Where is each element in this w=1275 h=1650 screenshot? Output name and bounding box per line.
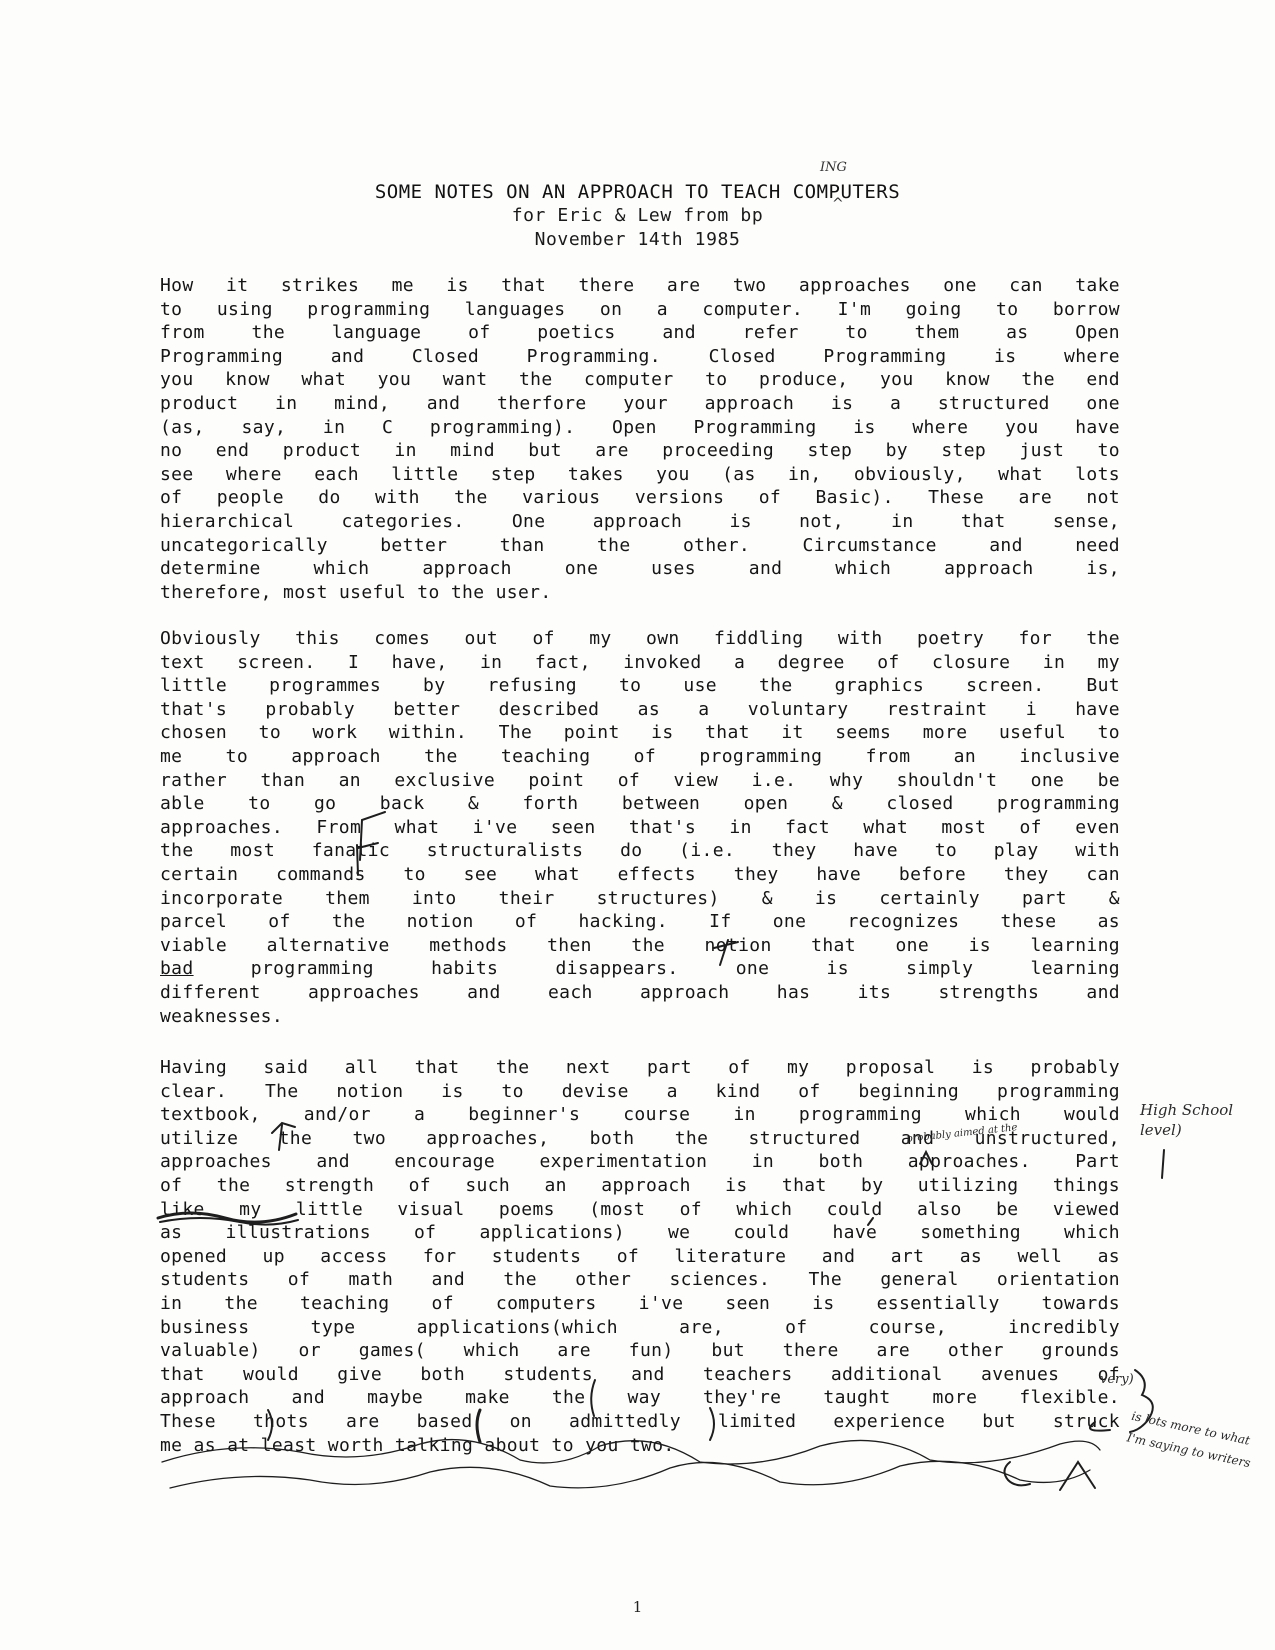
margin-note-high-school: High School level)	[1140, 1100, 1260, 1140]
margin-note-side: is lots more to what I'm saying to write…	[1125, 1405, 1261, 1475]
text-line: see where each little step takes you (as…	[160, 463, 1120, 487]
text-line: bad programming habits disappears. one i…	[160, 957, 1120, 981]
text-line: parcel of the notion of hacking. If one …	[160, 910, 1120, 934]
page-number: 1	[0, 1598, 1275, 1616]
text-line: These thots are based on admittedly limi…	[160, 1410, 1120, 1434]
text-line: the most fanatic structuralists do (i.e.…	[160, 839, 1120, 863]
document-subtitle: for Eric & Lew from bp	[0, 204, 1275, 228]
text-line: of people do with the various versions o…	[160, 486, 1120, 510]
text-line: clear. The notion is to devise a kind of…	[160, 1080, 1120, 1104]
paragraph-1: How it strikes me is that there are two …	[160, 274, 1120, 604]
text-line: determine which approach one uses and wh…	[160, 557, 1120, 581]
paragraph-2: Obviously this comes out of my own fiddl…	[160, 627, 1120, 1028]
text-line: Having said all that the next part of my…	[160, 1056, 1120, 1080]
text-line: no end product in mind but are proceedin…	[160, 439, 1120, 463]
text-line: as illustrations of applications) we cou…	[160, 1221, 1120, 1245]
text-line: students of math and the other sciences.…	[160, 1268, 1120, 1292]
text-line: that's probably better described as a vo…	[160, 698, 1120, 722]
text-line: to using programming languages on a comp…	[160, 298, 1120, 322]
document-page: ING ^ SOME NOTES ON AN APPROACH TO TEACH…	[0, 0, 1275, 1650]
text-line: approach and maybe make the way they're …	[160, 1386, 1120, 1410]
text-line: that would give both students and teache…	[160, 1363, 1120, 1387]
text-line: of the strength of such an approach is t…	[160, 1174, 1120, 1198]
handwritten-insertion: ING	[820, 160, 847, 175]
text-line: in the teaching of computers i've seen i…	[160, 1292, 1120, 1316]
text-line: approaches. From what i've seen that's i…	[160, 816, 1120, 840]
document-date: November 14th 1985	[0, 228, 1275, 252]
text-line: chosen to work within. The point is that…	[160, 721, 1120, 745]
text-line: hierarchical categories. One approach is…	[160, 510, 1120, 534]
text-line: uncategorically better than the other. C…	[160, 534, 1120, 558]
text-line: product in mind, and therfore your appro…	[160, 392, 1120, 416]
text-line: business type applications(which are, of…	[160, 1316, 1120, 1340]
text-line: able to go back & forth between open & c…	[160, 792, 1120, 816]
text-line: weaknesses.	[160, 1005, 1120, 1029]
text-line: like my little visual poems (most of whi…	[160, 1198, 1120, 1222]
text-line: therefore, most useful to the user.	[160, 581, 1120, 605]
document-title: SOME NOTES ON AN APPROACH TO TEACH COMPU…	[0, 180, 1275, 204]
text-line: viable alternative methods then the noti…	[160, 934, 1120, 958]
text-line: approaches and encourage experimentation…	[160, 1150, 1120, 1174]
text-line: Obviously this comes out of my own fiddl…	[160, 627, 1120, 651]
text-line: (as, say, in C programming). Open Progra…	[160, 416, 1120, 440]
paragraph-3: Having said all that the next part of my…	[160, 1056, 1120, 1457]
text-line: opened up access for students of literat…	[160, 1245, 1120, 1269]
text-line: valuable) or games( which are fun) but t…	[160, 1339, 1120, 1363]
text-line: Programming and Closed Programming. Clos…	[160, 345, 1120, 369]
text-line: text screen. I have, in fact, invoked a …	[160, 651, 1120, 675]
text-line: certain commands to see what effects the…	[160, 863, 1120, 887]
text-line: you know what you want the computer to p…	[160, 368, 1120, 392]
document-header: SOME NOTES ON AN APPROACH TO TEACH COMPU…	[0, 180, 1275, 252]
text-line: different approaches and each approach h…	[160, 981, 1120, 1005]
text-line: me as at least worth talking about to yo…	[160, 1434, 1120, 1458]
text-line: from the language of poetics and refer t…	[160, 321, 1120, 345]
text-line: How it strikes me is that there are two …	[160, 274, 1120, 298]
text-line: rather than an exclusive point of view i…	[160, 769, 1120, 793]
text-line: little programmes by refusing to use the…	[160, 674, 1120, 698]
margin-note-very: very)	[1100, 1370, 1134, 1390]
text-line: incorporate them into their structures) …	[160, 887, 1120, 911]
text-line: me to approach the teaching of programmi…	[160, 745, 1120, 769]
